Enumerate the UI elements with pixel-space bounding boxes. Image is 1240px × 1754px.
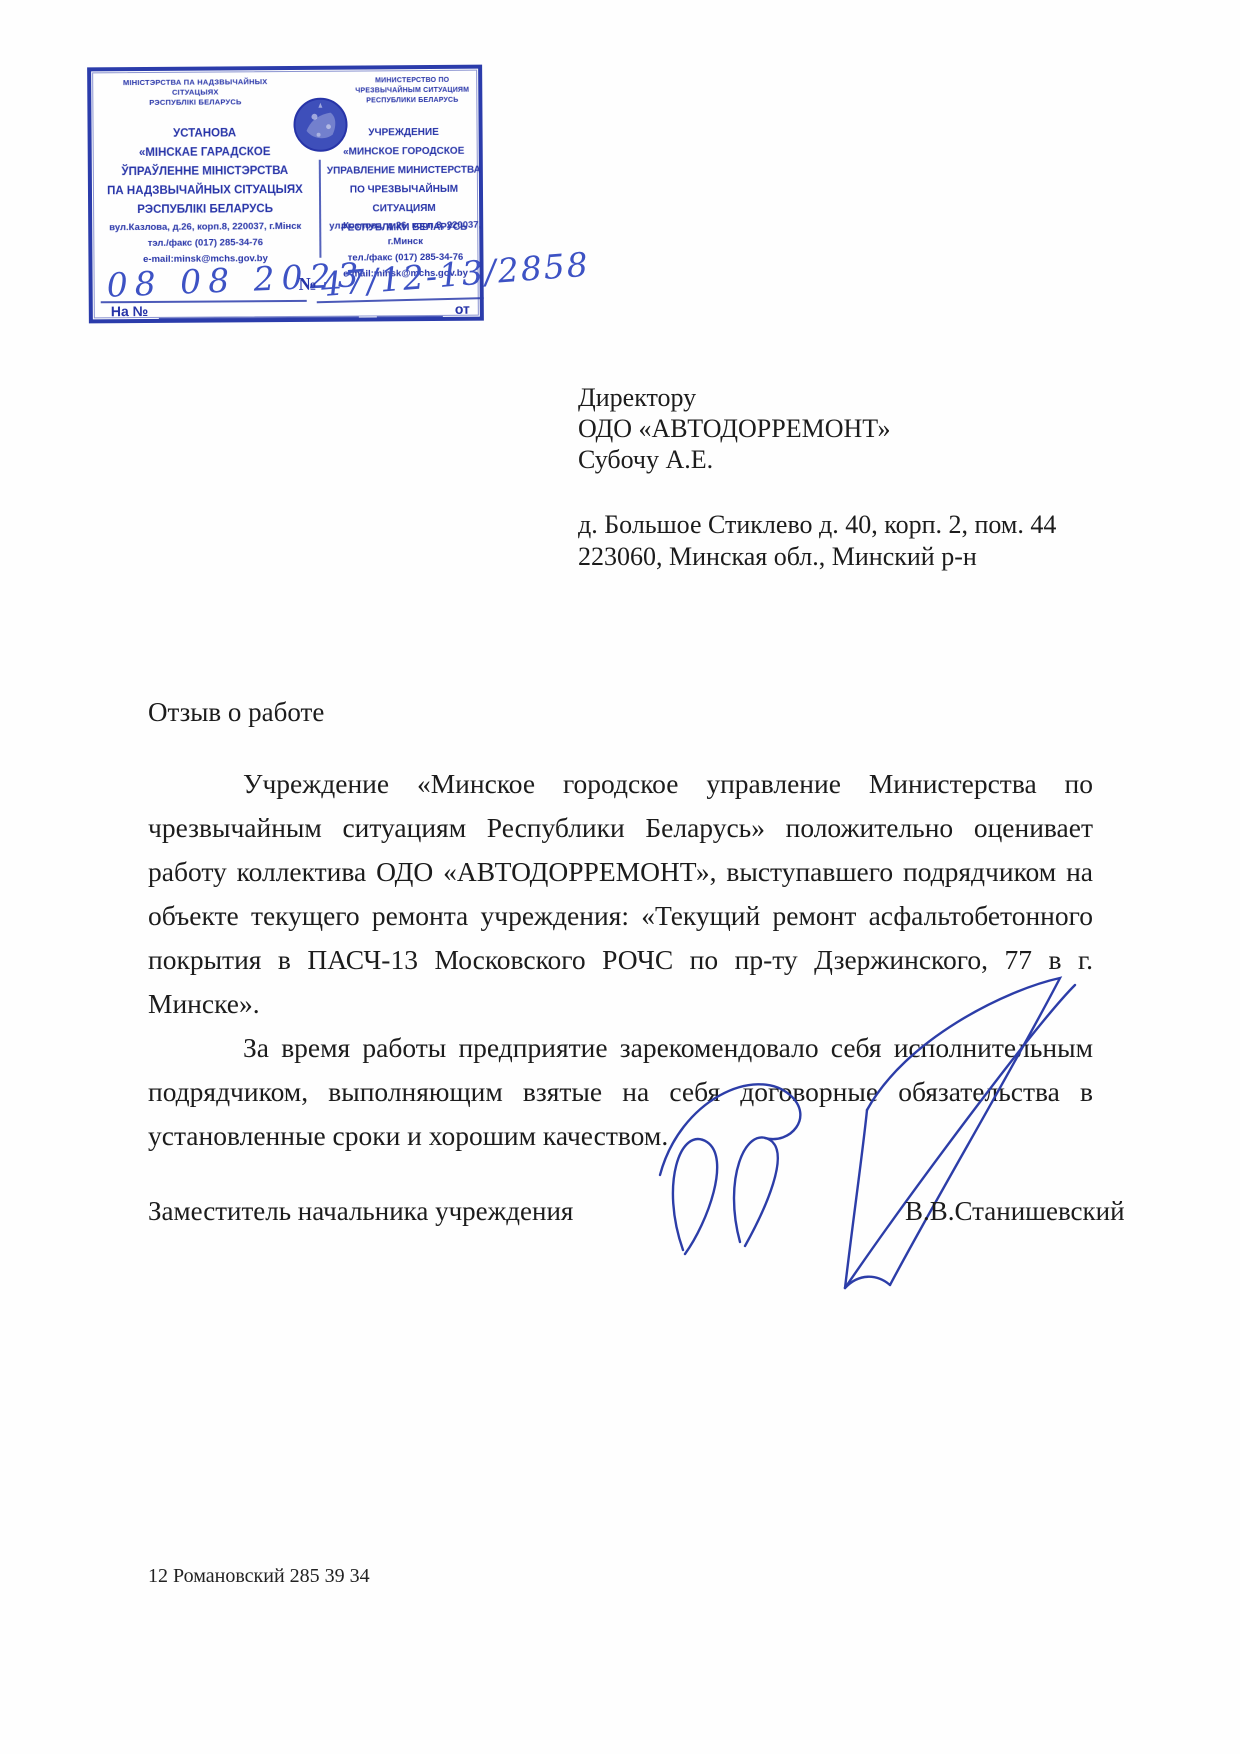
addressee-block: Директору ОДО «АВТОДОРРЕМОНТ» Субочу А.Е…	[578, 382, 1056, 573]
stamp-left-ministry-line2: РЭСПУБЛІКІ БЕЛАРУСЬ	[99, 97, 291, 108]
stamp-left-org-line: ПА НАДЗВЫЧАЙНЫХ СІТУАЦЫЯХ	[96, 181, 314, 202]
addressee-spacer	[578, 475, 1056, 509]
na-no-underline	[159, 316, 359, 319]
stamp-left-organization: УСТАНОВА «МІНСКАЕ ГАРАДСКОЕ ЎПРАЎЛЕННЕ М…	[96, 124, 315, 221]
executor-reference: 12 Романовский 285 39 34	[148, 1565, 370, 1588]
incoming-reference-row: На № от	[111, 301, 481, 322]
stamp-right-address: ул.Козлова, д.26, корп.8, 220037, г.Минс…	[326, 218, 484, 251]
addressee-person: Субочу А.Е.	[578, 444, 1056, 475]
addressee-region: 223060, Минская обл., Минский р-н	[578, 541, 1056, 573]
stamp-right-ministry-line1: МИНИСТЕРСТВО ПО ЧРЕЗВЫЧАЙНЫМ СИТУАЦИЯМ	[345, 76, 479, 97]
letter-title: Отзыв о работе	[148, 697, 324, 728]
stamp-column-divider	[319, 160, 322, 258]
stamp-left-org-line: ЎПРАЎЛЕННЕ МІНІСТЭРСТВА	[96, 162, 314, 183]
stamp-right-org-line: УЧРЕЖДЕНИЕ	[326, 123, 482, 143]
stamp-left-ministry: МІНІСТЭРСТВА ПА НАДЗВЫЧАЙНЫХ СІТУАЦЫЯХ Р…	[99, 77, 291, 108]
signer-position-title: Заместитель начальника учреждения	[148, 1196, 573, 1226]
ot-label: от	[455, 301, 470, 317]
addressee-position: Директору	[578, 382, 1056, 413]
stamp-right-org-line: «МИНСКОЕ ГОРОДСКОЕ	[326, 142, 482, 162]
stamp-right-org-line: ПО ЧРЕЗВЫЧАЙНЫМ СИТУАЦИЯМ	[326, 180, 482, 219]
na-no-label: На №	[111, 303, 149, 319]
addressee-street: д. Большое Стиклево д. 40, корп. 2, пом.…	[578, 509, 1056, 541]
signature-ink	[605, 970, 1095, 1290]
signer-name: В.В.Станишевский	[905, 1196, 1125, 1227]
stamp-left-org-line: «МІНСКАЕ ГАРАДСКОЕ	[96, 143, 314, 164]
number-sign: №	[299, 274, 317, 295]
stamp-left-ministry-line1: МІНІСТЭРСТВА ПА НАДЗВЫЧАЙНЫХ СІТУАЦЫЯХ	[99, 77, 291, 98]
letterhead-stamp: МІНІСТЭРСТВА ПА НАДЗВЫЧАЙНЫХ СІТУАЦЫЯХ Р…	[87, 65, 484, 324]
stamp-right-org-line: УПРАВЛЕНИЕ МИНИСТЕРСТВА	[326, 161, 482, 181]
stamp-left-org-line: РЭСПУБЛІКІ БЕЛАРУСЬ	[96, 200, 314, 221]
stamp-right-ministry: МИНИСТЕРСТВО ПО ЧРЕЗВЫЧАЙНЫМ СИТУАЦИЯМ Р…	[345, 76, 479, 107]
stamp-left-org-line: УСТАНОВА	[96, 124, 314, 145]
stamp-left-address: вул.Казлова, д.26, корп.8, 220037, г.Мін…	[96, 219, 314, 237]
signature-row: Заместитель начальника учреждения В.В.Ст…	[148, 1196, 1140, 1227]
scanned-letter-page: МІНІСТЭРСТВА ПА НАДЗВЫЧАЙНЫХ СІТУАЦЫЯХ Р…	[0, 0, 1240, 1754]
addressee-organization: ОДО «АВТОДОРРЕМОНТ»	[578, 413, 1056, 444]
stamp-right-ministry-line2: РЕСПУБЛИКИ БЕЛАРУСЬ	[345, 96, 479, 107]
stamp-left-phone: тэл./факс (017) 285-34-76	[96, 235, 314, 253]
